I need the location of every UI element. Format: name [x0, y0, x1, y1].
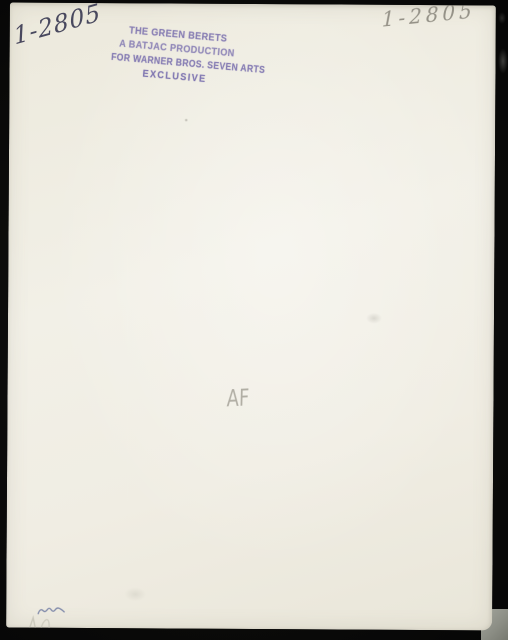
- paper-smudge: [366, 313, 382, 324]
- photo-back-paper: THE GREEN BERETS A BATJAC PRODUCTION FOR…: [6, 3, 496, 631]
- border-smudge-small: [498, 12, 506, 24]
- photo-back-scan: THE GREEN BERETS A BATJAC PRODUCTION FOR…: [0, 0, 508, 640]
- pencil-scribble: [22, 612, 74, 631]
- production-stamp: THE GREEN BERETS A BATJAC PRODUCTION FOR…: [95, 21, 257, 90]
- paper-smudge-faint: [124, 587, 146, 601]
- paper-speck: [184, 119, 188, 122]
- handwritten-number-top-right: 1-2805: [382, 3, 476, 32]
- handwritten-number-top-left: 1-2805: [12, 3, 103, 51]
- border-smudge: [498, 48, 508, 74]
- handwritten-initials-af: AF: [226, 384, 249, 411]
